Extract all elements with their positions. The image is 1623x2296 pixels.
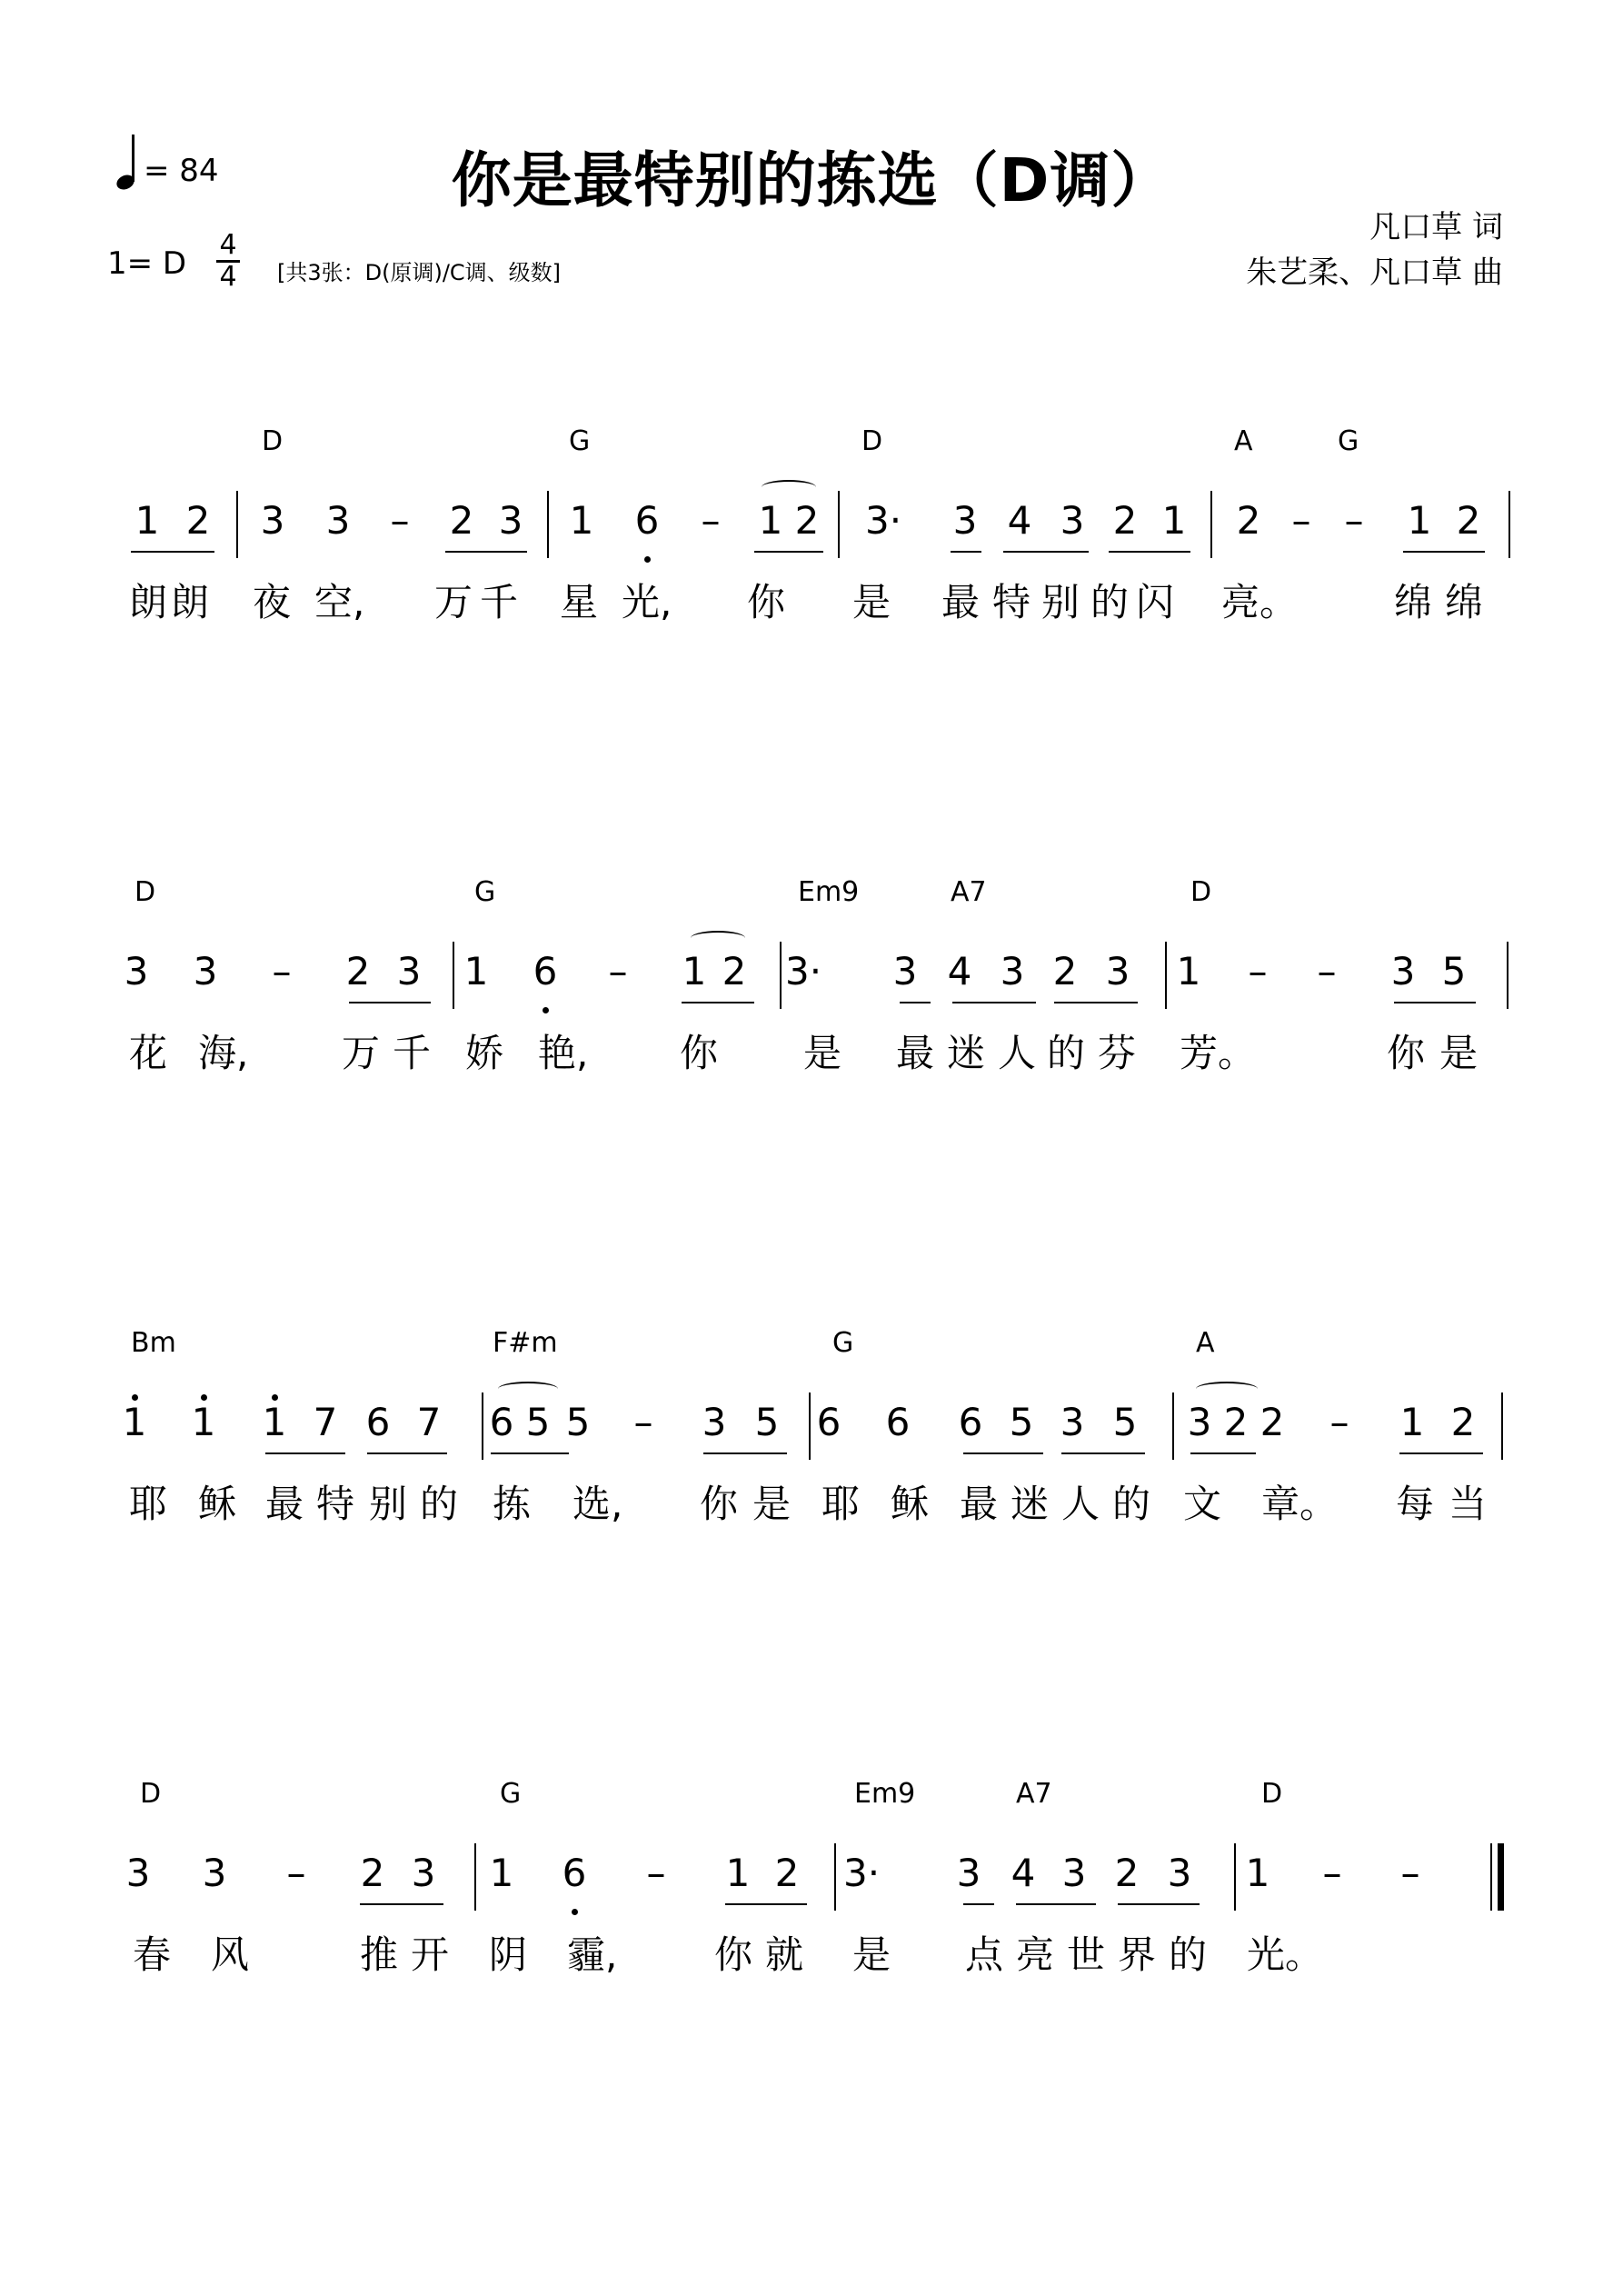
chord-symbol: Em9: [854, 1778, 915, 1810]
beam-underline: [491, 1452, 569, 1454]
barline: [834, 1843, 836, 1911]
note: 1: [1240, 1851, 1276, 1895]
lyric-char: 万: [342, 1023, 380, 1078]
note: 6: [527, 949, 563, 993]
note: 1: [458, 949, 494, 993]
note: 3: [1056, 1851, 1092, 1895]
note: 3: [118, 949, 154, 993]
note: –: [1392, 1851, 1429, 1895]
lyric-char: 光。: [1247, 1925, 1323, 1980]
chord-symbol: A7: [1016, 1778, 1052, 1810]
beam-underline: [131, 551, 214, 553]
note: 1: [720, 1851, 756, 1895]
final-barline-thick: [1498, 1843, 1504, 1911]
note: 3: [1054, 498, 1090, 543]
lyric-char: 闪: [1136, 573, 1174, 627]
chord-symbol: A7: [951, 876, 987, 908]
note: –: [638, 1851, 674, 1895]
note: 7: [307, 1400, 344, 1444]
lyric-char: 的: [1112, 1474, 1150, 1529]
beam-underline: [1403, 551, 1485, 553]
note: –: [1314, 1851, 1350, 1895]
note: 3: [1181, 1400, 1218, 1444]
chord-symbol: D: [1190, 876, 1211, 908]
chord-symbol: Bm: [131, 1327, 176, 1359]
beam-underline: [360, 1903, 443, 1905]
note: 2: [716, 949, 752, 993]
barline: [838, 491, 840, 558]
note: 5: [520, 1400, 556, 1444]
note: 1: [563, 498, 600, 543]
note: 2: [1109, 1851, 1145, 1895]
note: 2: [1230, 498, 1267, 543]
chord-symbol: D: [861, 425, 882, 457]
note: 4: [941, 949, 978, 993]
lyric-char: 风: [211, 1925, 249, 1980]
note: 4: [1001, 498, 1038, 543]
note: 2: [1107, 498, 1143, 543]
lyric-char: 文: [1183, 1474, 1221, 1529]
lyric-char: 光,: [622, 573, 672, 627]
note: –: [264, 949, 300, 993]
lyric-char: 霾,: [567, 1925, 617, 1980]
note: 3: [951, 1851, 987, 1895]
beam-underline: [963, 1452, 1043, 1454]
high-octave-dot: [272, 1394, 278, 1401]
note: 3: [254, 498, 291, 543]
lyric-char: 你: [680, 1023, 718, 1078]
note: 1: [256, 1400, 293, 1444]
lyric-char: 推: [360, 1925, 398, 1980]
note: –: [1336, 498, 1372, 543]
note: 3·: [865, 498, 901, 543]
beam-underline: [1061, 1452, 1145, 1454]
beam-underline: [1118, 1903, 1200, 1905]
lyric-char: 千: [393, 1023, 431, 1078]
lyric-char: 每: [1396, 1474, 1434, 1529]
slur-arc: [498, 1382, 558, 1396]
note: 3: [1385, 949, 1421, 993]
lyric-char: 你: [747, 573, 785, 627]
lyric-char: 朗: [129, 573, 167, 627]
note: 3·: [785, 949, 821, 993]
chord-symbol: G: [569, 425, 590, 457]
lyric-char: 艳,: [538, 1023, 588, 1078]
barline: [1508, 491, 1510, 558]
note: –: [382, 498, 418, 543]
barline: [453, 942, 454, 1009]
lyric-char: 朗: [171, 573, 209, 627]
barline: [1172, 1393, 1174, 1460]
lyric-char: 选,: [573, 1474, 622, 1529]
lyric-char: 迷: [1011, 1474, 1049, 1529]
barline: [1234, 1843, 1236, 1911]
barline: [1501, 1393, 1503, 1460]
note: 1: [185, 1400, 222, 1444]
note: 2: [1445, 1400, 1481, 1444]
chord-symbol: D: [140, 1778, 161, 1810]
lyric-char: 世: [1067, 1925, 1105, 1980]
note: –: [1321, 1400, 1358, 1444]
note: 3: [994, 949, 1031, 993]
low-octave-dot: [644, 556, 651, 563]
barline: [547, 491, 549, 558]
beam-underline: [754, 551, 823, 553]
barline: [1210, 491, 1212, 558]
note: 1: [1156, 498, 1192, 543]
time-signature: 4 4: [216, 233, 240, 290]
lyric-char: 芳。: [1180, 1023, 1256, 1078]
beam-underline: [1016, 1903, 1096, 1905]
lyric-char: 最: [265, 1474, 304, 1529]
note: 3: [947, 498, 983, 543]
beam-underline: [1003, 551, 1089, 553]
lyric-char: 亮: [1016, 1925, 1054, 1980]
lyric-char: 万: [434, 573, 473, 627]
lyric-char: 阴: [489, 1925, 527, 1980]
lyric-char: 是: [803, 1023, 841, 1078]
lyric-char: 的: [1090, 573, 1129, 627]
note: 1: [1401, 498, 1438, 543]
note: 1: [129, 498, 165, 543]
note: 1: [483, 1851, 520, 1895]
lyric-char: 你: [714, 1925, 752, 1980]
barline: [474, 1843, 476, 1911]
note: 6: [556, 1851, 592, 1895]
note: 1: [116, 1400, 153, 1444]
beam-underline: [725, 1903, 807, 1905]
high-octave-dot: [201, 1394, 207, 1401]
lyric-char: 拣: [493, 1474, 531, 1529]
key-signature: 1= D: [107, 245, 186, 282]
note: 2: [354, 1851, 391, 1895]
lyric-char: 的: [1169, 1925, 1207, 1980]
lyric-char: 夜: [253, 573, 291, 627]
note: 1: [752, 498, 789, 543]
chord-symbol: G: [832, 1327, 853, 1359]
barline: [482, 1393, 483, 1460]
beam-underline: [367, 1452, 447, 1454]
lyric-char: 是: [1439, 1023, 1478, 1078]
note: 3: [405, 1851, 442, 1895]
note: 3: [1161, 1851, 1198, 1895]
note: 5: [1107, 1400, 1143, 1444]
chord-symbol: Em9: [798, 876, 859, 908]
lyric-char: 你: [1387, 1023, 1425, 1078]
note: –: [692, 498, 729, 543]
barline: [809, 1393, 811, 1460]
lyric-char: 稣: [891, 1474, 929, 1529]
note: 6: [880, 1400, 916, 1444]
barline: [1507, 942, 1508, 1009]
beam-underline: [445, 551, 527, 553]
beam-underline: [265, 1452, 345, 1454]
lyric-char: 空,: [314, 573, 364, 627]
note: 5: [749, 1400, 785, 1444]
low-octave-dot: [543, 1007, 549, 1013]
note: 3: [320, 498, 356, 543]
low-octave-dot: [572, 1909, 578, 1915]
barline: [780, 942, 782, 1009]
note: 3: [696, 1400, 732, 1444]
lyric-char: 绵: [1445, 573, 1483, 627]
final-barline-thin: [1490, 1843, 1492, 1911]
note: 6: [629, 498, 665, 543]
chord-symbol: D: [134, 876, 155, 908]
note: 3·: [843, 1851, 880, 1895]
composer-credit: 朱艺柔、凡口草 曲: [1246, 247, 1503, 292]
note: –: [600, 949, 636, 993]
note: 7: [411, 1400, 447, 1444]
lyric-char: 海,: [198, 1023, 248, 1078]
chord-symbol: G: [474, 876, 495, 908]
beam-underline: [703, 1452, 787, 1454]
beam-underline: [1190, 1452, 1256, 1454]
chord-symbol: F#m: [493, 1327, 558, 1359]
note: 2: [180, 498, 216, 543]
beam-underline: [900, 1002, 931, 1003]
chord-symbol: A: [1234, 425, 1253, 457]
lyric-char: 星: [560, 573, 598, 627]
note: 2: [1218, 1400, 1254, 1444]
lyric-char: 绵: [1394, 573, 1432, 627]
slur-arc: [762, 480, 816, 494]
lyric-char: 是: [852, 1925, 891, 1980]
note: 4: [1005, 1851, 1041, 1895]
beam-underline: [1399, 1452, 1483, 1454]
beam-underline: [963, 1903, 994, 1905]
note: 2: [443, 498, 480, 543]
note: –: [625, 1400, 662, 1444]
lyric-char: 最: [896, 1023, 934, 1078]
note: 3: [196, 1851, 233, 1895]
lyric-char: 稣: [198, 1474, 236, 1529]
beam-underline: [682, 1002, 754, 1003]
chord-symbol: G: [500, 1778, 521, 1810]
note: 6: [811, 1400, 847, 1444]
note: 2: [769, 1851, 805, 1895]
chord-symbol: D: [262, 425, 283, 457]
note: 3: [1100, 949, 1136, 993]
lyricist-credit: 凡口草 词: [1369, 202, 1503, 246]
note: 6: [952, 1400, 989, 1444]
note: 2: [789, 498, 825, 543]
slur-arc: [691, 931, 745, 945]
note: 6: [360, 1400, 396, 1444]
note: 5: [560, 1400, 596, 1444]
note: 3: [120, 1851, 156, 1895]
lyric-char: 你: [700, 1474, 738, 1529]
lyric-char: 最: [941, 573, 980, 627]
note: –: [1309, 949, 1345, 993]
note: 3: [391, 949, 427, 993]
lyric-char: 人: [998, 1023, 1036, 1078]
slur-arc: [1196, 1382, 1258, 1396]
lyric-char: 别: [369, 1474, 407, 1529]
lyric-char: 特: [316, 1474, 354, 1529]
lyric-char: 就: [765, 1925, 803, 1980]
note: 1: [676, 949, 712, 993]
lyric-char: 春: [133, 1925, 171, 1980]
chord-symbol: A: [1196, 1327, 1215, 1359]
lyric-char: 耶: [129, 1474, 167, 1529]
lyric-char: 章。: [1261, 1474, 1338, 1529]
note: 2: [1450, 498, 1487, 543]
lyric-char: 人: [1061, 1474, 1100, 1529]
chord-symbol: G: [1338, 425, 1359, 457]
lyric-char: 点: [965, 1925, 1003, 1980]
note: 3: [1054, 1400, 1090, 1444]
note: 3: [187, 949, 224, 993]
beam-underline: [1054, 1002, 1138, 1003]
lyric-char: 当: [1449, 1474, 1487, 1529]
lyric-char: 别: [1041, 573, 1080, 627]
lyric-char: 的: [1047, 1023, 1085, 1078]
beam-underline: [1394, 1002, 1476, 1003]
note: 5: [1003, 1400, 1040, 1444]
lyric-char: 开: [411, 1925, 449, 1980]
lyric-char: 亮。: [1221, 573, 1298, 627]
lyric-char: 是: [852, 573, 891, 627]
version-note: [共3张：D(原调)/C调、级数]: [277, 255, 561, 286]
note: 2: [1254, 1400, 1290, 1444]
note: 2: [340, 949, 376, 993]
note: –: [1240, 949, 1276, 993]
note: 1: [1394, 1400, 1430, 1444]
lyric-char: 娇: [465, 1023, 503, 1078]
lyric-char: 芬: [1098, 1023, 1136, 1078]
lyric-char: 界: [1118, 1925, 1156, 1980]
note: 5: [1436, 949, 1472, 993]
beam-underline: [349, 1002, 431, 1003]
beam-underline: [1109, 551, 1190, 553]
beam-underline: [951, 551, 981, 553]
lyric-char: 迷: [947, 1023, 985, 1078]
lyric-char: 特: [992, 573, 1031, 627]
lyric-char: 是: [752, 1474, 791, 1529]
note: 2: [1047, 949, 1083, 993]
lyric-char: 千: [480, 573, 518, 627]
lyric-char: 花: [129, 1023, 167, 1078]
barline: [1165, 942, 1167, 1009]
note: –: [1283, 498, 1319, 543]
lyric-char: 耶: [821, 1474, 860, 1529]
note: 3: [887, 949, 923, 993]
high-octave-dot: [132, 1394, 138, 1401]
note: 6: [483, 1400, 520, 1444]
beam-underline: [952, 1002, 1036, 1003]
barline: [236, 491, 238, 558]
note: 1: [1170, 949, 1207, 993]
lyric-char: 最: [960, 1474, 998, 1529]
note: 3: [493, 498, 529, 543]
lyric-char: 的: [420, 1474, 458, 1529]
chord-symbol: D: [1261, 1778, 1282, 1810]
note: –: [278, 1851, 314, 1895]
